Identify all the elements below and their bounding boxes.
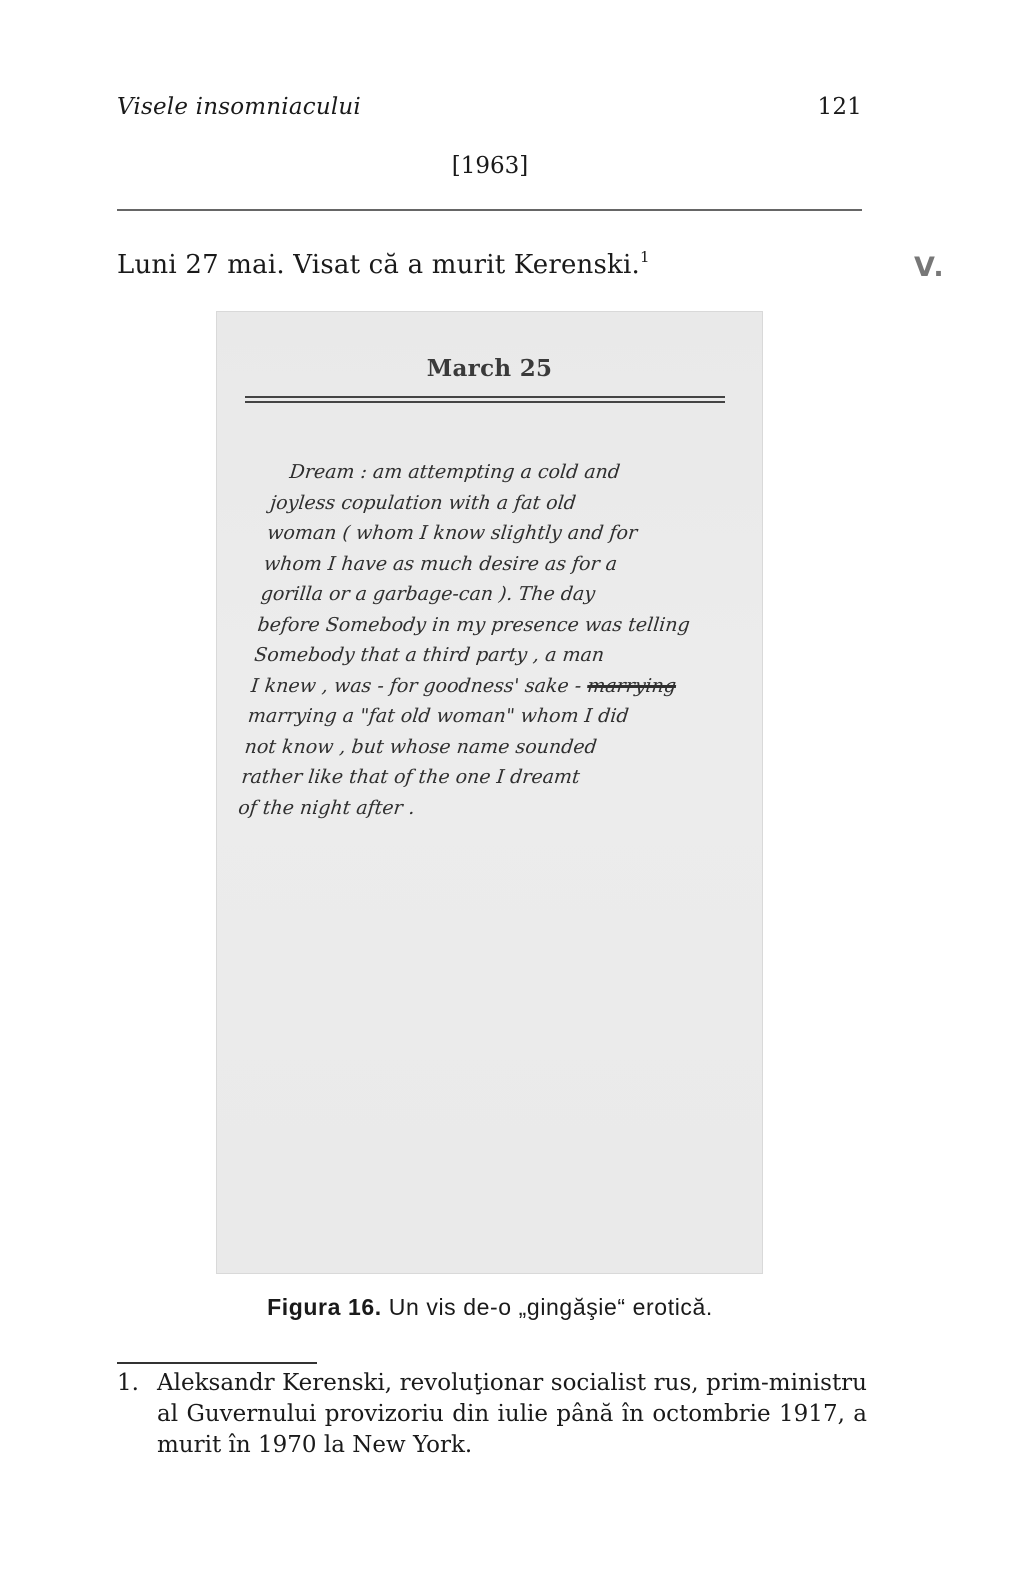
handwritten-line: Somebody that a third party , a man: [253, 640, 736, 671]
handwritten-line: woman ( whom I know slightly and for: [266, 518, 749, 549]
footnote-number: 1.: [117, 1368, 139, 1399]
struck-word: marrying: [586, 675, 677, 697]
handwritten-line: before Somebody in my presence was telli…: [256, 610, 739, 641]
handwritten-line: joyless copulation with a fat old: [269, 488, 752, 519]
diary-entry: Luni 27 mai. Visat că a murit Kerenski.1: [117, 250, 650, 280]
manuscript-figure: March 25 Dream : am attempting a cold an…: [216, 311, 763, 1274]
year-heading: [1963]: [0, 153, 980, 179]
margin-mark: V.: [914, 252, 946, 283]
page-number: 121: [818, 94, 863, 120]
caption-label: Figura 16.: [267, 1294, 382, 1320]
diary-date: March 25: [216, 355, 763, 382]
handwritten-line: gorilla or a garbage-can ). The day: [259, 579, 742, 610]
figure-caption: Figura 16. Un vis de-o „gingăşie“ erotic…: [0, 1294, 980, 1321]
footnote-divider: [117, 1362, 317, 1364]
handwritten-line: not know , but whose name sounded: [243, 732, 726, 763]
footnote: 1. Aleksandr Kerenski, revoluţionar soci…: [117, 1368, 867, 1461]
handwritten-line: marrying a "fat old woman" whom I did: [246, 701, 729, 732]
diary-double-rule: [245, 396, 725, 403]
handwritten-line: of the night after .: [237, 793, 720, 824]
handwritten-line: I knew , was - for goodness' sake - marr…: [250, 671, 733, 702]
handwritten-line-text: I knew , was - for goodness' sake -: [250, 675, 582, 697]
footnote-ref: 1: [640, 248, 650, 266]
handwritten-line: Dream : am attempting a cold and: [272, 457, 755, 488]
handwritten-text: Dream : am attempting a cold and joyless…: [237, 457, 755, 823]
entry-text: Luni 27 mai. Visat că a murit Kerenski.: [117, 250, 640, 280]
handwritten-line: whom I have as much desire as for a: [262, 549, 745, 580]
running-title: Visele insomniacului: [117, 94, 361, 120]
handwritten-line: rather like that of the one I dreamt: [240, 762, 723, 793]
caption-text: Un vis de-o „gingăşie“ erotică.: [382, 1294, 713, 1320]
header-divider: [117, 209, 862, 211]
footnote-text: Aleksandr Kerenski, revoluţionar sociali…: [157, 1368, 867, 1461]
